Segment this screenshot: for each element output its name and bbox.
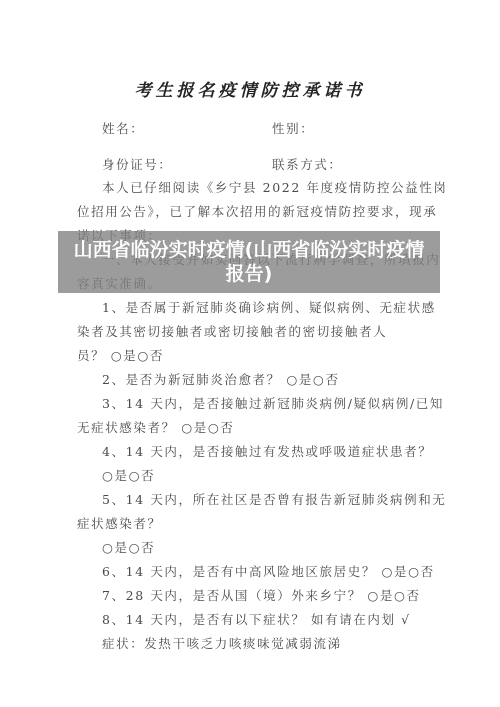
question-2: 2、是否为新冠肺炎治愈者？ ○是○否 <box>102 372 340 388</box>
paragraph-line: 位招用公告》，已了解本次招用的新冠疫情防控要求，现承 <box>77 204 437 220</box>
question-6: 6、14 天内，是否有中高风险地区旅居史？ ○是○否 <box>102 564 435 580</box>
question-4: 4、14 天内，是否接触过有发热或呼吸道症状患者？ <box>102 444 432 460</box>
question-3: 3、14 天内，是否接触过新冠肺炎病例/疑似病例/已知 <box>102 396 444 412</box>
question-5-options: ○是○否 <box>102 540 155 556</box>
name-field-label: 姓名： <box>102 121 144 137</box>
question-1: 1、是否属于新冠肺炎确诊病例、疑似病例、无症状感 <box>102 300 436 316</box>
question-3-options: 无症状感染者？ ○是○否 <box>77 420 235 436</box>
headline-text: 山西省临汾实时疫情(山西省临汾实时疫情报告) <box>58 238 440 286</box>
question-1-cont: 染者及其密切接触者或密切接触者的密切接触者人 <box>77 324 387 340</box>
question-5: 5、14 天内，所在社区是否曾有报告新冠肺炎病例和无 <box>102 492 446 508</box>
question-8: 8、14 天内，是否有以下症状？ 如有请在内划 √ <box>102 612 411 628</box>
document-title: 考生报名疫情防控承诺书 <box>0 76 500 101</box>
question-1-options: 员？ ○是○否 <box>77 348 164 364</box>
gender-field-label: 性别： <box>272 121 314 137</box>
question-5-cont: 症状感染者？ <box>77 516 162 532</box>
question-4-options: ○是○否 <box>102 468 155 484</box>
id-number-field-label: 身份证号： <box>102 157 173 173</box>
headline-overlay-banner: 山西省临汾实时疫情(山西省临汾实时疫情报告) <box>58 231 440 293</box>
symptoms-line: 症状：发热干咳乏力咳痰味觉减弱流涕 <box>102 636 342 652</box>
paragraph-line: 本人已仔细阅读《乡宁县 2022 年度疫情防控公益性岗 <box>102 180 447 196</box>
contact-field-label: 联系方式： <box>272 157 343 173</box>
question-7: 7、28 天内，是否从国（境）外来乡宁？ ○是○否 <box>102 588 421 604</box>
